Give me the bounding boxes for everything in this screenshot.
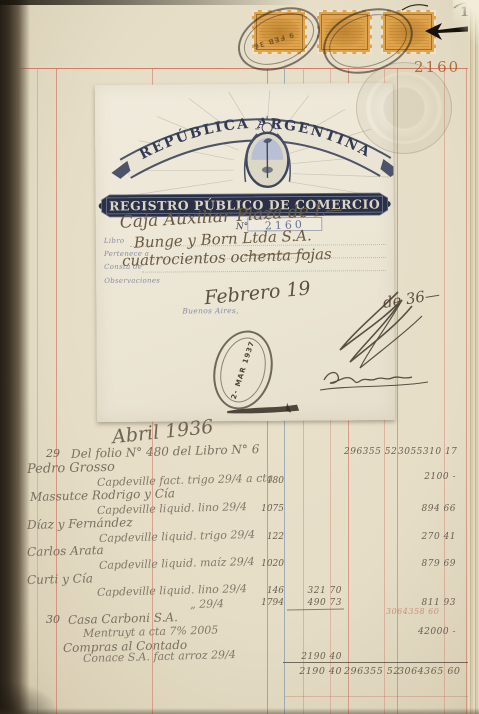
ledger-amount: 3055310 17 xyxy=(398,447,456,457)
ledger-amount: 894 66 xyxy=(398,504,456,514)
ledger-total: 3064365 60 xyxy=(398,666,456,677)
ledger-qty: 146 xyxy=(254,586,284,596)
ledger-amount: 2190 40 xyxy=(296,652,342,662)
ledger-row: 30 Casa Carboni S.A. xyxy=(0,613,479,627)
ledger-qty: 1075 xyxy=(254,504,284,514)
binding-edge xyxy=(0,0,30,714)
ledger-entry-text: Mentruyt a cta 7% 2005 xyxy=(83,623,219,640)
ledger-amount: 296355 52 xyxy=(344,447,394,457)
ledger-totals-row: 2190 40 296355 52 3064365 60 xyxy=(0,666,479,680)
signature-flourish xyxy=(310,288,436,400)
ledger-amount: 270 41 xyxy=(398,532,456,542)
ledger-entry-text: Del folio N° 480 del Libro N° 6 xyxy=(71,442,260,461)
page-edge-right xyxy=(468,0,479,714)
ledger-row: Mentruyt a cta 7% 2005 42000 - xyxy=(0,627,479,641)
date-script: Febrero 19 xyxy=(203,277,311,309)
field-rule xyxy=(142,269,386,273)
ledger-entry-text: „ 29/4 xyxy=(190,597,224,611)
ledger-qty: 122 xyxy=(254,532,284,542)
postmark-oval: 9 FEB 36 xyxy=(228,0,330,83)
ledger-total: 2190 40 xyxy=(296,666,342,677)
page-top-edge xyxy=(0,0,300,5)
ledger-entry-text: Conace S.A. fact arroz 29/4 xyxy=(83,648,236,665)
ledger-amount: 42000 - xyxy=(398,627,456,637)
page-corner-paper xyxy=(453,0,479,46)
page-bottom-edge xyxy=(0,708,479,714)
ledger-row: 29 Del folio N° 480 del Libro N° 6 29635… xyxy=(0,447,479,461)
ledger-amount: 490 73 xyxy=(296,598,342,608)
ledger-entry-text: Massutce Rodrigo y Cía xyxy=(30,486,175,504)
signature-name xyxy=(324,373,412,384)
ledger-amount: 2100 - xyxy=(398,472,456,482)
ledger-day: 29 xyxy=(46,447,60,460)
date-stamp-text: 2- MAR 1937 xyxy=(228,335,257,404)
ledger-entry-text: Capdeville liquid. lino 29/4 xyxy=(97,500,247,517)
field-label-libro: Libro xyxy=(104,237,124,245)
embossed-seal xyxy=(356,62,452,154)
ledger-entry-text: Díaz y Fernández xyxy=(27,515,133,532)
ruled-line-bottom xyxy=(285,696,477,697)
ledger-entry-text: Capdeville liquid. lino 29/4 xyxy=(97,582,247,599)
ledger-entry-text: Carlos Arata xyxy=(27,543,104,559)
ledger-day: 30 xyxy=(46,613,60,626)
ledger-entry-text: Pedro Grosso xyxy=(27,460,115,477)
ledger-qty: 1794 xyxy=(254,598,284,608)
ledger-entry-text: Curti y Cía xyxy=(27,571,93,587)
ledger-entry-text: Capdeville liquid. trigo 29/4 xyxy=(99,528,255,545)
field-label-observaciones: Observaciones xyxy=(104,277,160,285)
ledger-qty: 1020 xyxy=(254,559,284,569)
ledger-page: 9 FEB 36 1 2160 xyxy=(0,0,479,714)
ledger-total: 296355 52 xyxy=(344,666,394,677)
ledger-qty: 180 xyxy=(254,476,284,486)
postmark-text: 9 FEB 36 xyxy=(252,30,295,50)
ledger-entry-text: Capdeville liquid. maíz 29/4 xyxy=(99,555,255,572)
totals-rule xyxy=(283,662,478,663)
ledger-amount: 879 69 xyxy=(398,559,456,569)
ledger-amount: 321 70 xyxy=(296,586,342,596)
ledger-row: Conace S.A. fact arroz 29/4 2190 40 xyxy=(0,652,479,666)
